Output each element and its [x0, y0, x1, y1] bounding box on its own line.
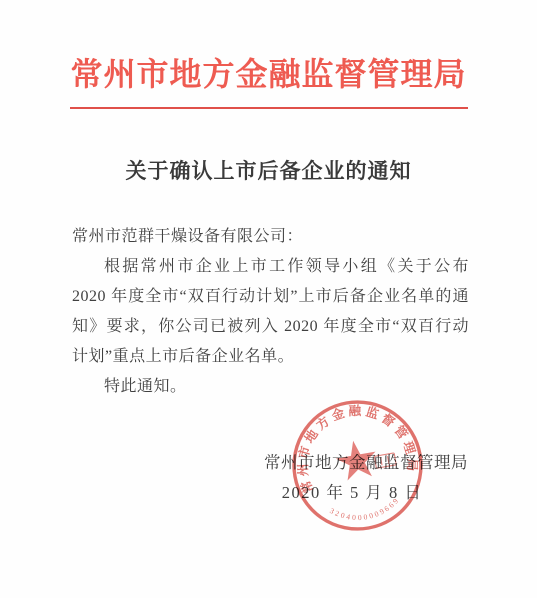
document-title: 关于确认上市后备企业的通知 [0, 156, 537, 186]
recipient-line: 常州市范群干燥设备有限公司： [72, 222, 469, 252]
letterhead-divider-line [70, 107, 468, 109]
document-page: 常州市地方金融监督管理局 关于确认上市后备企业的通知 常州市范群干燥设备有限公司… [0, 0, 537, 598]
signature-agency-name: 常州市地方金融监督管理局 [264, 448, 468, 478]
document-body: 常州市范群干燥设备有限公司： 根据常州市企业上市工作领导小组《关于公布 2020… [72, 222, 469, 402]
signature-block: 常州市地方金融监督管理局 2020 年 5 月 8 日 [264, 448, 468, 508]
letterhead-agency-title: 常州市地方金融监督管理局 [0, 50, 537, 98]
body-paragraph: 根据常州市企业上市工作领导小组《关于公布 2020 年度全市“双百行动计划”上市… [72, 252, 469, 372]
signature-date: 2020 年 5 月 8 日 [250, 478, 454, 508]
closing-line: 特此通知。 [72, 372, 469, 402]
